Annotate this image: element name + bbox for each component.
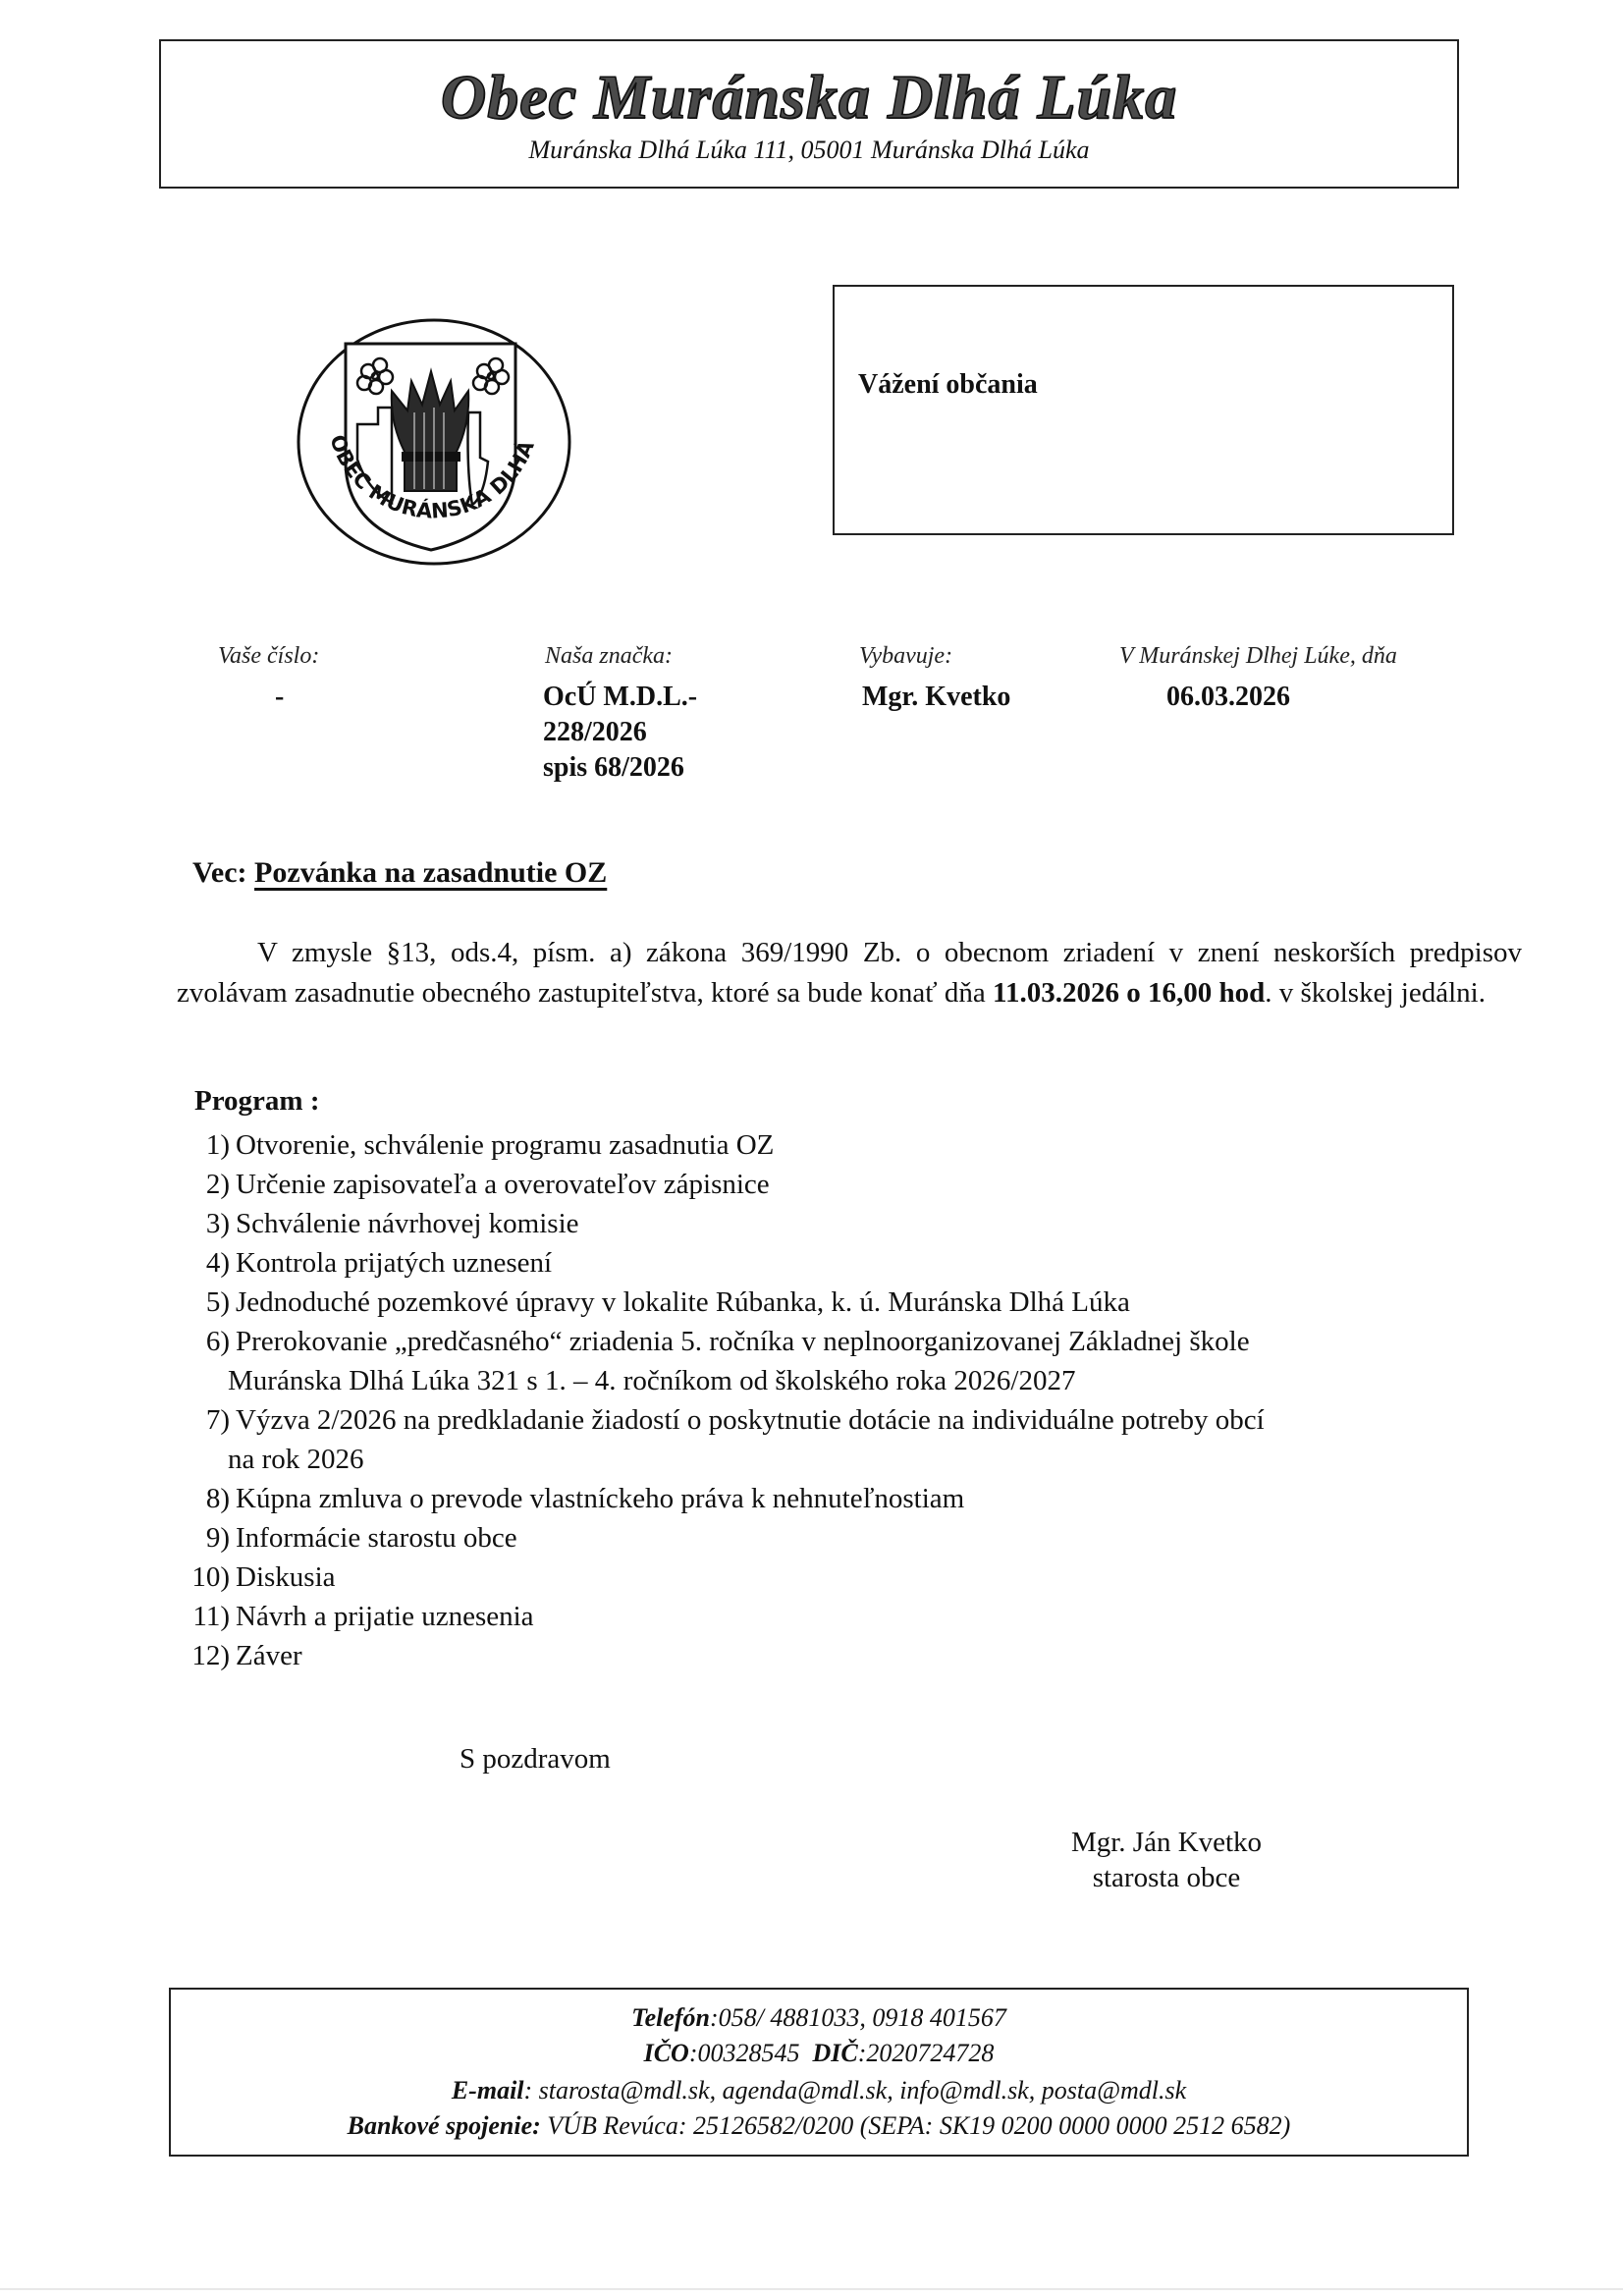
program-item-number: 4)	[177, 1243, 230, 1283]
ico-label: IČO	[644, 2039, 689, 2067]
our-reference-line: OcÚ M.D.L.-	[543, 680, 697, 715]
program-item-text: Informácie starostu obce	[236, 1522, 517, 1554]
your-number-label: Vaše číslo:	[218, 643, 319, 670]
program-item-number: 3)	[177, 1204, 230, 1243]
program-list: 1)Otvorenie, schválenie programu zasadnu…	[177, 1125, 1522, 1675]
program-item-number: 6)	[177, 1322, 230, 1361]
organization-name: Obec Muránska Dlhá Lúka	[161, 61, 1457, 134]
program-item: 1)Otvorenie, schválenie programu zasadnu…	[177, 1125, 1522, 1165]
bank-value: VÚB Revúca: 25126582/0200 (SEPA: SK19 02…	[541, 2111, 1291, 2140]
program-item-number: 1)	[177, 1125, 230, 1165]
recipient-name: Vážení občania	[858, 369, 1038, 401]
program-item-number: 11)	[177, 1597, 230, 1636]
program-item-number: 12)	[177, 1636, 230, 1675]
signer-name: Mgr. Ján Kvetko	[1058, 1827, 1274, 1859]
program-item-number: 8)	[177, 1479, 230, 1518]
handled-by-value: Mgr. Kvetko	[862, 680, 1010, 715]
letterhead-box: Obec Muránska Dlhá Lúka Muránska Dlhá Lú…	[159, 39, 1459, 189]
organization-address: Muránska Dlhá Lúka 111, 05001 Muránska D…	[161, 136, 1457, 165]
closing-greeting: S pozdravom	[460, 1743, 611, 1776]
footer-bank: Bankové spojenie: VÚB Revúca: 25126582/0…	[171, 2111, 1467, 2141]
program-item: 11)Návrh a prijatie uznesenia	[177, 1597, 1522, 1636]
program-item: 6)Prerokovanie „predčasného“ zriadenia 5…	[177, 1322, 1522, 1361]
phone-label: Telefón	[631, 2003, 710, 2032]
program-item-text: Záver	[236, 1640, 302, 1671]
program-item-text: Diskusia	[236, 1561, 336, 1593]
place-date-label: V Muránskej Dlhej Lúke, dňa	[1119, 643, 1397, 670]
ico-value: :00328545	[689, 2039, 813, 2067]
program-item-text: Jednoduché pozemkové úpravy v lokalite R…	[236, 1286, 1130, 1318]
program-item: 5)Jednoduché pozemkové úpravy v lokalite…	[177, 1283, 1522, 1322]
page-edge-divider	[0, 2288, 1623, 2290]
subject-line: Vec: Pozvánka na zasadnutie OZ	[192, 856, 607, 890]
meeting-time: o 16,00 hod	[1126, 977, 1265, 1009]
letter-date: 06.03.2026	[1166, 680, 1290, 715]
program-item-number: 7)	[177, 1400, 230, 1440]
subject-text: Pozvánka na zasadnutie OZ	[254, 856, 607, 889]
program-title: Program :	[194, 1085, 320, 1118]
program-item: 2)Určenie zapisovateľa a overovateľov zá…	[177, 1165, 1522, 1204]
program-item-number: 9)	[177, 1518, 230, 1558]
recipient-address-box: Vážení občania	[833, 285, 1454, 535]
footer-ids: IČO:00328545 DIČ:2020724728	[171, 2039, 1467, 2068]
program-item: 12)Záver	[177, 1636, 1522, 1675]
program-item-text: Schválenie návrhovej komisie	[236, 1208, 579, 1239]
our-reference-line: 228/2026	[543, 715, 697, 750]
footer-phone: Telefón:058/ 4881033, 0918 401567	[171, 2003, 1467, 2033]
program-item: 3)Schválenie návrhovej komisie	[177, 1204, 1522, 1243]
program-item-text: Prerokovanie „predčasného“ zriadenia 5. …	[236, 1326, 1250, 1357]
program-item-number: 2)	[177, 1165, 230, 1204]
your-number-value: -	[275, 680, 284, 715]
signer-title: starosta obce	[1058, 1862, 1274, 1894]
program-item-text: Kúpna zmluva o prevode vlastníckeho práv…	[236, 1483, 964, 1514]
program-item-number: 10)	[177, 1558, 230, 1597]
subject-label: Vec:	[192, 856, 247, 889]
program-item-number: 5)	[177, 1283, 230, 1322]
program-item: 7)Výzva 2/2026 na predkladanie žiadostí …	[177, 1400, 1522, 1440]
footer-email: E-mail: starosta@mdl.sk, agenda@mdl.sk, …	[171, 2076, 1467, 2105]
program-item-text: Určenie zapisovateľa a overovateľov zápi…	[236, 1169, 770, 1200]
program-item-text: Výzva 2/2026 na predkladanie žiadostí o …	[236, 1404, 1265, 1436]
coat-of-arms-seal-icon: OBEC MURÁNSKA DLHÁ LÚKA	[292, 314, 576, 574]
our-reference-value: OcÚ M.D.L.- 228/2026 spis 68/2026	[543, 680, 697, 786]
email-label: E-mail	[452, 2076, 524, 2105]
our-reference-label: Naša značka:	[545, 643, 673, 670]
program-item-text: Návrh a prijatie uznesenia	[236, 1601, 534, 1632]
meeting-date: 11.03.2026	[993, 977, 1119, 1009]
program-item-text: Otvorenie, schválenie programu zasadnuti…	[236, 1129, 774, 1161]
dic-label: DIČ	[813, 2039, 858, 2067]
footer-contact-box: Telefón:058/ 4881033, 0918 401567 IČO:00…	[169, 1988, 1469, 2157]
program-item-continuation: na rok 2026	[177, 1440, 1522, 1479]
program-item-continuation: Muránska Dlhá Lúka 321 s 1. – 4. ročníko…	[177, 1361, 1522, 1400]
body-paragraph: V zmysle §13, ods.4, písm. a) zákona 369…	[177, 933, 1522, 1013]
bank-label: Bankové spojenie:	[348, 2111, 541, 2140]
program-item: 10)Diskusia	[177, 1558, 1522, 1597]
email-value[interactable]: : starosta@mdl.sk, agenda@mdl.sk, info@m…	[524, 2076, 1187, 2105]
program-item: 8)Kúpna zmluva o prevode vlastníckeho pr…	[177, 1479, 1522, 1518]
dic-value: :2020724728	[858, 2039, 995, 2067]
body-text-2: . v školskej jedálni.	[1265, 977, 1486, 1009]
our-reference-line: spis 68/2026	[543, 750, 697, 786]
program-item: 9)Informácie starostu obce	[177, 1518, 1522, 1558]
program-item-text: Kontrola prijatých uznesení	[236, 1247, 552, 1279]
phone-value: :058/ 4881033, 0918 401567	[710, 2003, 1006, 2032]
program-item: 4)Kontrola prijatých uznesení	[177, 1243, 1522, 1283]
handled-by-label: Vybavuje:	[859, 643, 952, 670]
